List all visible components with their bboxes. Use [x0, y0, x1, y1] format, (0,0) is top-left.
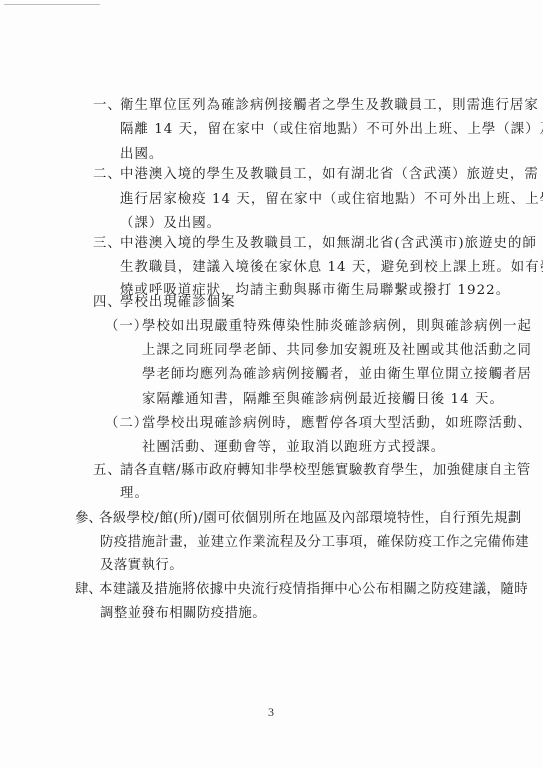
- section-3-line-3: 及落實執行。: [100, 558, 183, 574]
- item-4-1-line-1: 學校如出現嚴重特殊傳染性肺炎確診病例，則與確診病例一起: [142, 319, 532, 335]
- item-1-line-3: 出國。: [120, 147, 163, 163]
- item-2-line-1: 中港澳入境的學生及教職員工，如有湖北省（含武漢）旅遊史，需: [120, 167, 539, 183]
- item-2-line-2: 進行居家檢疫 14 天，留在家中（或住宿地點）不可外出上班、上學: [120, 192, 543, 208]
- item-4-1-line-3: 學老師均應列為確診病例接觸者，並由衛生單位開立接觸者居: [142, 367, 532, 383]
- item-4-2-line-2: 社團活動、運動會等，並取消以跑班方式授課。: [142, 440, 445, 456]
- item-1-line-1: 衛生單位匡列為確診病例接觸者之學生及教職員工，則需進行居家: [120, 98, 539, 114]
- page-number: 3: [268, 705, 274, 720]
- section-3-marker: 參、: [75, 511, 102, 527]
- item-4-line-1: 學校出現確診個案: [120, 295, 236, 311]
- scan-artifact-line: [4, 4, 100, 5]
- item-5-marker: 五、: [93, 463, 122, 479]
- section-3-line-2: 防疫措施計畫，並建立作業流程及分工事項，確保防疫工作之完備佈建: [100, 535, 529, 551]
- item-3-line-2: 生教職員，建議入境後在家休息 14 天，避免到校上課上班。如有發: [120, 260, 543, 276]
- section-3-line-1: 各級學校/館(所)/園可依個別所在地區及內部環境特性，自行預先規劃: [99, 511, 522, 527]
- item-3-line-1: 中港澳入境的學生及教職員工，如無湖北省(含武漢市)旅遊史的師: [120, 236, 537, 252]
- item-4-2-line-1: 當學校出現確診病例時，應暫停各項大型活動，如班際活動、: [142, 416, 532, 432]
- item-4-marker: 四、: [93, 295, 122, 311]
- item-1-marker: 一、: [93, 98, 122, 114]
- item-3-marker: 三、: [93, 236, 122, 252]
- item-5-line-2: 理。: [120, 486, 149, 502]
- item-2-line-3: （課）及出國。: [120, 216, 221, 232]
- section-4-marker: 肆、: [75, 582, 102, 598]
- item-4-1-line-2: 上課之同班同學老師、共同參加安親班及社團或其他活動之同: [142, 343, 532, 359]
- item-1-line-2: 隔離 14 天，留在家中（或住宿地點）不可外出上班、上學（課）及: [120, 122, 543, 138]
- section-4-line-2: 調整並發布相關防疫措施。: [100, 606, 266, 622]
- section-4-line-1: 本建議及措施將依據中央流行疫情指揮中心公布相關之防疫建議，隨時: [99, 582, 528, 598]
- document-page: 一、 衛生單位匡列為確診病例接觸者之學生及教職員工，則需進行居家 隔離 14 天…: [0, 0, 543, 768]
- item-2-marker: 二、: [93, 167, 122, 183]
- item-5-line-1: 請各直轄/縣市政府轉知非學校型態實驗教育學生，加強健康自主管: [120, 463, 531, 479]
- item-4-1-line-4: 家隔離通知書，隔離至與確診病例最近接觸日後 14 天。: [142, 392, 504, 408]
